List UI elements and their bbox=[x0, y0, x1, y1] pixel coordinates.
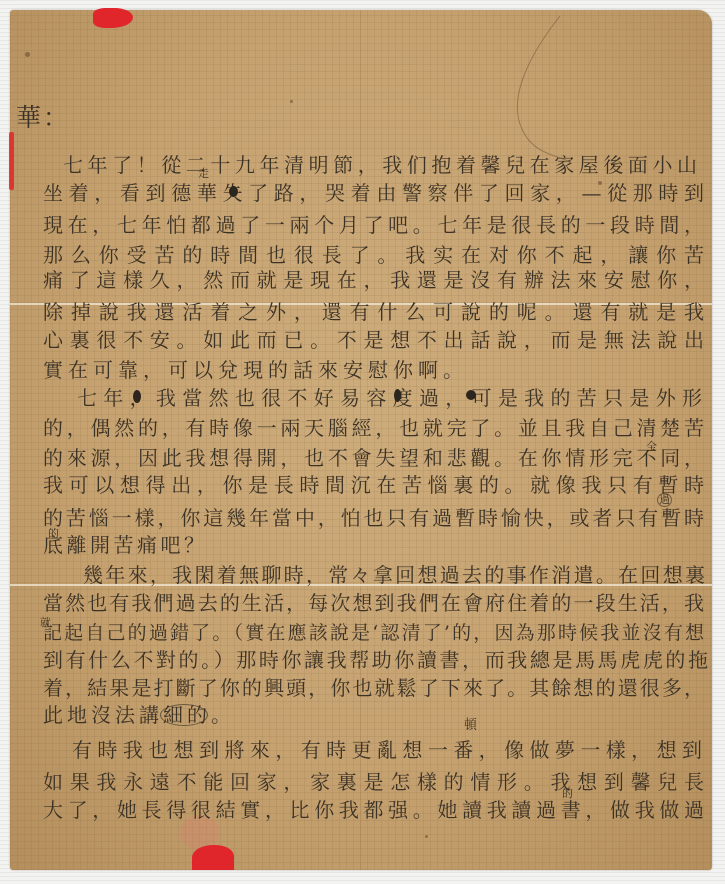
letter-line: 現在，七年怕都過了一兩个月了吧。七年是很長的一段時間， bbox=[43, 211, 704, 239]
inserted-character: 過 bbox=[657, 493, 672, 507]
circled-word-mark bbox=[160, 704, 208, 726]
letter-line: 坐着，看到德華失了路，哭着由警察伴了回家，—從那時到 bbox=[43, 179, 704, 207]
letter-line: 心裏很不安。如此而已。不是想不出話說，而是無法說出 bbox=[43, 326, 704, 354]
letter-line: 的來源，因此我想得開，也不會失望和悲觀。在你情形完不同， bbox=[43, 444, 704, 472]
paper-spot bbox=[290, 100, 293, 103]
letter-line: 七年，我當然也很不好易容度過，可是我的苦只是外形 bbox=[77, 384, 702, 412]
letter-line: 實在可靠，可以兌現的話來安慰你啊。 bbox=[43, 356, 468, 384]
inserted-character: 就 bbox=[40, 617, 51, 629]
letter-line: 到有什么不對的。）那時你讓我帮助你讀書，而我總是馬馬虎虎的拖 bbox=[43, 646, 708, 674]
letter-line: 記起自己的過錯了。（實在應該說是‘認清了’的，因為那時候我並沒有想 bbox=[43, 619, 704, 647]
ink-blot bbox=[229, 186, 238, 197]
letter-line: 我可以想得出，你是長時間沉在苦惱裏的。就像我只有暫時 bbox=[43, 471, 704, 499]
ink-blot bbox=[466, 390, 476, 400]
letter-line: 當然也有我們過去的生活，每次想到我們在會府住着的一段生活，我 bbox=[43, 589, 704, 617]
inserted-character: 的 bbox=[562, 788, 573, 800]
letter-line: 的苦惱一樣，你這幾年當中，怕也只有過暫時愉快，或者只有暫時 bbox=[43, 504, 704, 532]
letter-salutation: 華： bbox=[16, 98, 70, 138]
pencil-curve-mark bbox=[500, 14, 590, 164]
letter-line: 幾年來，我閑着無聊時，常々拿回想過去的事作消遣。在回想裏 bbox=[83, 561, 705, 589]
letter-line: 的，偶然的，有時像一兩天腦經，也就完了。並且我自己清楚苦 bbox=[43, 414, 704, 442]
ink-blot bbox=[394, 389, 401, 402]
letter-line: 如果我永遠不能回家，家裏是怎樣的情形。我想到馨兒長 bbox=[43, 768, 704, 796]
letter-line: 底離開苦痛吧？ bbox=[43, 531, 208, 559]
ink-blot bbox=[133, 390, 141, 403]
inserted-character: 頓 bbox=[464, 720, 477, 732]
inserted-character: 全 bbox=[646, 441, 657, 453]
letter-line: 除掉說我還活着之外，還有什么可說的呢。還有就是我 bbox=[43, 298, 704, 326]
letter-line: 那么你受苦的時間也很長了。我实在对你不起，讓你苦 bbox=[43, 241, 704, 269]
paper-spot bbox=[25, 52, 30, 57]
letter-line: 着，結果是打斷了你的興頭，你也就鬆了下來了。其餘想的還很多， bbox=[43, 674, 704, 702]
red-stain-left bbox=[9, 132, 14, 190]
letter-line: 痛了這樣久，然而就是現在，我還是沒有辦法來安慰你， bbox=[43, 266, 704, 294]
paper-spot bbox=[425, 835, 428, 838]
inserted-character: 走 bbox=[198, 168, 209, 180]
red-stain-bottom bbox=[192, 845, 234, 870]
letter-line: 大了，她長得很結實，比你我都强。她讀我讀過書，做我做過 bbox=[43, 796, 704, 824]
inserted-character: 的 bbox=[48, 528, 59, 540]
letter-line: 七年了！從二十九年清明節，我们抱着馨兒在家屋後面小山 bbox=[63, 151, 697, 179]
letter-line: 有時我也想到將來，有時更亂想一番，像做夢一樣，想到 bbox=[72, 736, 702, 764]
